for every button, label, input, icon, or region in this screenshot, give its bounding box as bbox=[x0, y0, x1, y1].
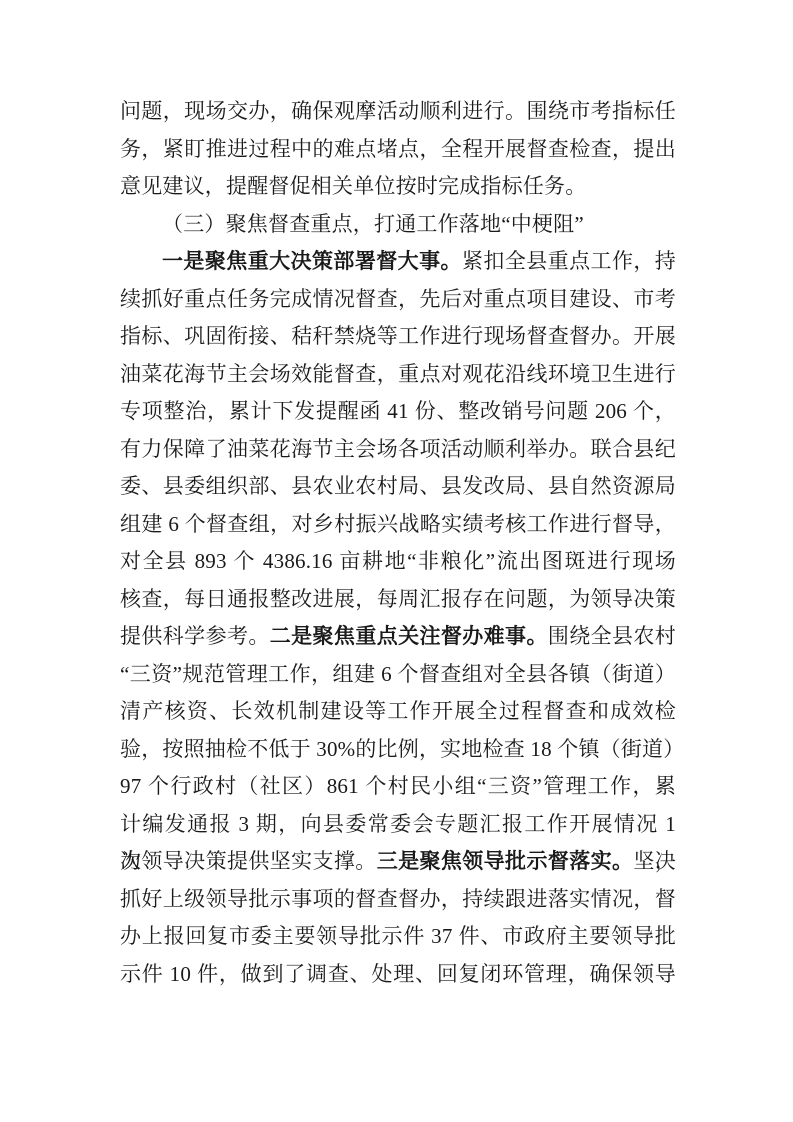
section-heading: （三）聚焦督查重点，打通工作落地“中梗阻” bbox=[120, 206, 676, 244]
text-line: 有力保障了油菜花海节主会场各项活动顺利举办。联合县纪 bbox=[120, 431, 676, 469]
document-page: 问题，现场交办，确保观摩活动顺利进行。围绕市考指标任务，紧盯推进过程中的难点堵点… bbox=[0, 0, 793, 1122]
text-run: 坚决 bbox=[633, 849, 676, 873]
text-line: 一是聚焦重大决策部署督大事。紧扣全县重点工作，持 bbox=[120, 243, 676, 281]
text-line: 抓好上级领导批示事项的督查督办，持续跟进落实情况，督 bbox=[120, 881, 676, 919]
text-line: “三资”规范管理工作，组建 6 个督查组对全县各镇（街道） bbox=[120, 656, 676, 694]
text-line: 计编发通报 3 期，向县委常委会专题汇报工作开展情况 1 次， bbox=[120, 806, 676, 844]
bold-run: 一是聚焦重大决策部署督大事。 bbox=[162, 249, 462, 273]
text-run: 委、县委组织部、县农业农村局、县发改局、县自然资源局 bbox=[120, 474, 676, 498]
text-run: 油菜花海节主会场效能督查，重点对观花沿线环境卫生进行 bbox=[120, 362, 676, 386]
text-line: 示件 10 件，做到了调查、处理、回复闭环管理，确保领导 bbox=[120, 956, 676, 994]
text-run: 97 个行政村（社区）861 个村民小组“三资”管理工作，累 bbox=[120, 774, 676, 798]
text-run: 抓好上级领导批示事项的督查督办，持续跟进落实情况，督 bbox=[120, 887, 676, 911]
text-line: 委、县委组织部、县农业农村局、县发改局、县自然资源局 bbox=[120, 468, 676, 506]
text-line: 核查，每日通报整改进展，每周汇报存在问题，为领导决策 bbox=[120, 581, 676, 619]
text-run: 有力保障了油菜花海节主会场各项活动顺利举办。联合县纪 bbox=[120, 437, 676, 461]
text-run: 对全县 893 个 4386.16 亩耕地“非粮化”流出图斑进行现场 bbox=[120, 549, 676, 573]
text-line: 组建 6 个督查组，对乡村振兴战略实绩考核工作进行督导， bbox=[120, 506, 676, 544]
text-run: 指标、巩固衔接、秸秆禁烧等工作进行现场督查督办。开展 bbox=[120, 324, 676, 348]
text-run: 组建 6 个督查组，对乡村振兴战略实绩考核工作进行督导， bbox=[120, 512, 676, 536]
text-run: 续抓好重点任务完成情况督查，先后对重点项目建设、市考 bbox=[120, 287, 676, 311]
document-body: 问题，现场交办，确保观摩活动顺利进行。围绕市考指标任务，紧盯推进过程中的难点堵点… bbox=[120, 93, 676, 993]
text-line: 问题，现场交办，确保观摩活动顺利进行。围绕市考指标任 bbox=[120, 93, 676, 131]
text-run: “三资”规范管理工作，组建 6 个督查组对全县各镇（街道） bbox=[120, 662, 676, 686]
text-run: 核查，每日通报整改进展，每周汇报存在问题，为领导决策 bbox=[120, 587, 676, 611]
text-line: 为领导决策提供坚实支撑。三是聚焦领导批示督落实。坚决 bbox=[120, 843, 676, 881]
text-line: 油菜花海节主会场效能督查，重点对观花沿线环境卫生进行 bbox=[120, 356, 676, 394]
text-run: （三）聚焦督查重点，打通工作落地“中梗阻” bbox=[162, 212, 584, 236]
text-line: 办上报回复市委主要领导批示件 37 件、市政府主要领导批 bbox=[120, 918, 676, 956]
text-line: 意见建议，提醒督促相关单位按时完成指标任务。 bbox=[120, 168, 676, 206]
text-run: 专项整治，累计下发提醒函 41 份、整改销号问题 206 个， bbox=[120, 399, 676, 423]
text-line: 务，紧盯推进过程中的难点堵点，全程开展督查检查，提出 bbox=[120, 131, 676, 169]
text-run: 意见建议，提醒督促相关单位按时完成指标任务。 bbox=[120, 174, 586, 198]
bold-run: 三是聚焦领导批示督落实。 bbox=[377, 849, 634, 873]
bold-run: 二是聚焦重点关注督办难事。 bbox=[270, 624, 548, 648]
text-line: 验，按照抽检不低于 30%的比例，实地检查 18 个镇（街道） bbox=[120, 731, 676, 769]
text-line: 专项整治，累计下发提醒函 41 份、整改销号问题 206 个， bbox=[120, 393, 676, 431]
text-run: 清产核资、长效机制建设等工作开展全过程督查和成效检 bbox=[120, 699, 676, 723]
text-run: 示件 10 件，做到了调查、处理、回复闭环管理，确保领导 bbox=[120, 962, 676, 986]
text-run: 办上报回复市委主要领导批示件 37 件、市政府主要领导批 bbox=[120, 924, 676, 948]
text-run: 务，紧盯推进过程中的难点堵点，全程开展督查检查，提出 bbox=[120, 137, 676, 161]
text-line: 续抓好重点任务完成情况督查，先后对重点项目建设、市考 bbox=[120, 281, 676, 319]
text-run: 问题，现场交办，确保观摩活动顺利进行。围绕市考指标任 bbox=[120, 99, 676, 123]
text-run: 紧扣全县重点工作，持 bbox=[462, 249, 676, 273]
text-line: 提供科学参考。二是聚焦重点关注督办难事。围绕全县农村 bbox=[120, 618, 676, 656]
text-line: 97 个行政村（社区）861 个村民小组“三资”管理工作，累 bbox=[120, 768, 676, 806]
text-line: 清产核资、长效机制建设等工作开展全过程督查和成效检 bbox=[120, 693, 676, 731]
text-line: 对全县 893 个 4386.16 亩耕地“非粮化”流出图斑进行现场 bbox=[120, 543, 676, 581]
text-run: 围绕全县农村 bbox=[548, 624, 676, 648]
text-run: 为领导决策提供坚实支撑。 bbox=[120, 849, 377, 873]
text-line: 指标、巩固衔接、秸秆禁烧等工作进行现场督查督办。开展 bbox=[120, 318, 676, 356]
text-run: 提供科学参考。 bbox=[120, 624, 270, 648]
text-run: 验，按照抽检不低于 30%的比例，实地检查 18 个镇（街道） bbox=[120, 737, 684, 761]
